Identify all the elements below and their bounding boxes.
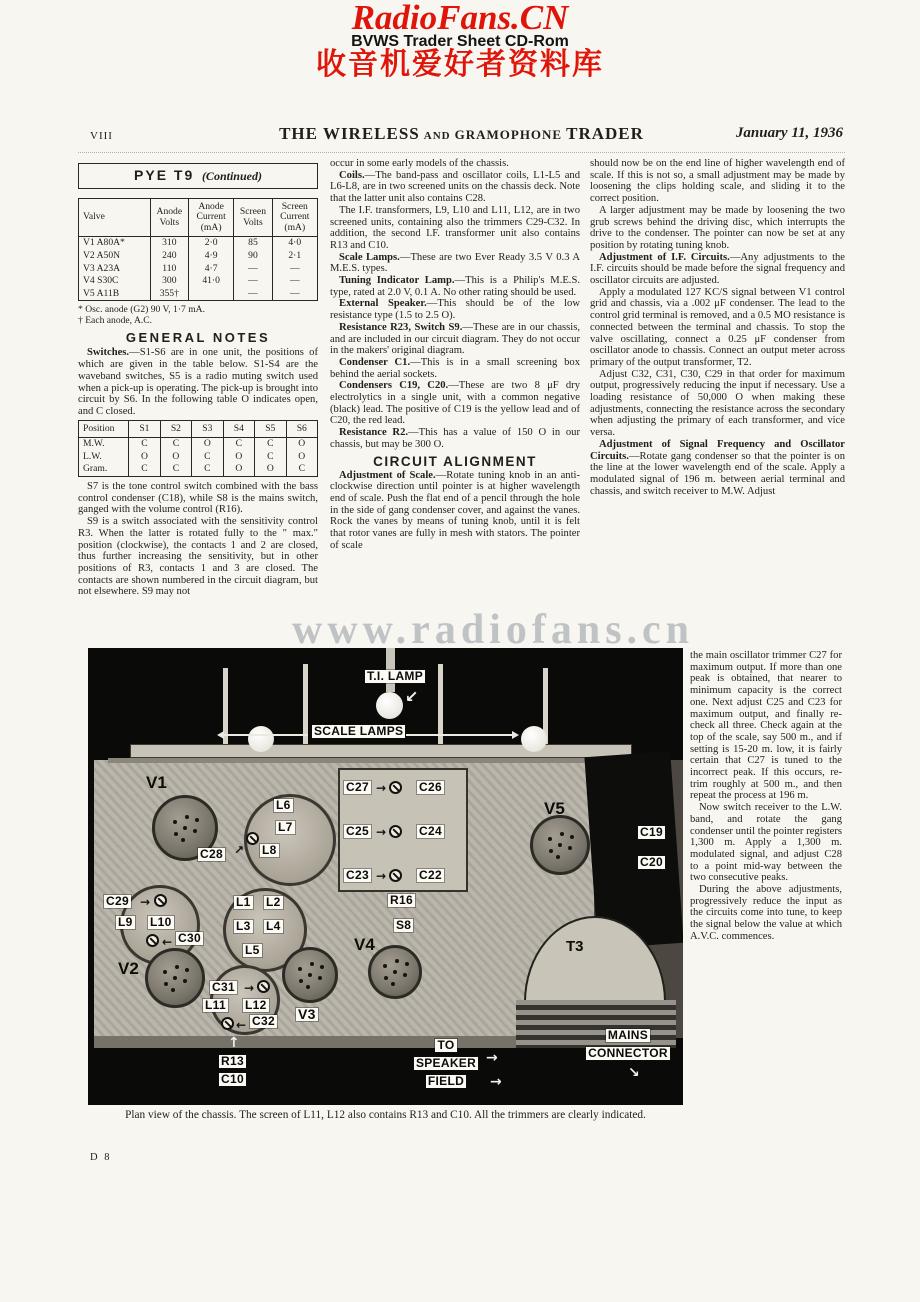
paragraph: Now switch receiver to the L.W. band, an… (690, 802, 842, 884)
paragraph: Scale Lamps.—These are two Ever Ready 3.… (330, 252, 580, 275)
table-footnote: † Each anode, A.C. (78, 315, 318, 326)
scale-lamp-right (521, 726, 547, 752)
paragraph: Adjust C32, C31, C30, C29 in that order … (590, 369, 845, 439)
c29-label: C29 (104, 895, 131, 908)
l12-label: L12 (243, 999, 269, 1012)
arrow-line-left (224, 734, 308, 736)
table-row: V4 S30C30041·0—— (79, 275, 318, 288)
table-row: L.W.OOCOCO (79, 451, 318, 464)
paragraph: S7 is the tone control switch combined w… (78, 481, 318, 516)
trimmer-c31 (257, 980, 270, 993)
arrow-head-left-icon (217, 731, 224, 739)
trimmer-c29 (154, 894, 167, 907)
column-header: S5 (255, 420, 286, 438)
c19-label: C19 (638, 826, 665, 839)
right-column: should now be on the end line of higher … (590, 158, 845, 497)
column-header: S2 (160, 420, 191, 438)
table-header-row: Valve Anode Volts Anode Current (mA) Scr… (79, 198, 318, 237)
scan-overlay: RadioFans.CN BVWS Trader Sheet CD-Rom 收音… (0, 0, 920, 81)
dial-rod (438, 664, 443, 744)
arrow-up-icon: ↑ (228, 1036, 240, 1050)
journal-title-part: GRAMOPHONE (455, 127, 563, 142)
coil-l8-label: L8 (260, 844, 279, 857)
paragraph: occur in some early models of the chassi… (330, 158, 580, 170)
chinese-archive-text: 收音机爱好者资料库 (0, 49, 920, 81)
valve-v1-label: V1 (146, 774, 167, 791)
table-row: V2 A50N2404·9902·1 (79, 250, 318, 263)
table-row: V3 A23A1104·7—— (79, 263, 318, 276)
valve-v3-label: V3 (296, 1008, 318, 1021)
arrow-right-icon: → (244, 982, 254, 994)
coil-l7-label: L7 (276, 821, 295, 834)
column-header: S1 (129, 420, 160, 438)
connector-label: CONNECTOR (586, 1047, 670, 1060)
arrow-right-icon: → (376, 870, 386, 882)
general-notes-heading: GENERAL NOTES (78, 330, 318, 345)
arrow-down-left-icon: ↙ (405, 690, 418, 704)
l11-label: L11 (203, 999, 228, 1012)
c23-label: C23 (344, 869, 371, 882)
arrow-head-right-icon (512, 731, 519, 739)
l9-label: L9 (116, 916, 135, 929)
paragraph: Resistance R23, Switch S9.—These are in … (330, 322, 580, 357)
paragraph: Condensers C19, C20.—These are two 8 μF … (330, 380, 580, 427)
c22-label: C22 (417, 869, 444, 882)
model-continued-box: PYE T9 (Continued) (78, 163, 318, 189)
speaker-field-label-group: TO SPEAKER FIELD (410, 1036, 482, 1090)
column-header: Anode Volts (150, 198, 188, 237)
trimmer-c28 (246, 832, 259, 845)
circuit-alignment-heading: CIRCUIT ALIGNMENT (330, 454, 580, 469)
scale-bar (108, 758, 656, 763)
valve-v5 (530, 815, 590, 875)
arrow-right-icon: → (376, 782, 386, 794)
paragraph: Adjustment of I.F. Circuits.—Any adjustm… (590, 252, 845, 287)
s8-label: S8 (394, 919, 413, 932)
c31-label: C31 (210, 981, 237, 994)
left-column: PYE T9 (Continued) Valve Anode Volts Ano… (78, 163, 318, 598)
right-column-narrow: the main oscillator trimmer C27 for maxi… (690, 650, 842, 943)
arrow-right-icon: → (490, 1075, 502, 1089)
journal-title-part: TRADER (566, 124, 644, 143)
r13-c10-label-group: R13 C10 (219, 1052, 246, 1088)
c28-label: C28 (198, 848, 225, 861)
valve-v2 (145, 948, 205, 1008)
table-row: V5 A11B355†—— (79, 288, 318, 301)
arrow-up-right-icon: ↗ (234, 844, 244, 856)
switch-position-table: Position S1 S2 S3 S4 S5 S6 M.W.CCOCCO L.… (78, 420, 318, 477)
column-header: S6 (286, 420, 317, 438)
page-header: VIII THE WIRELESS AND GRAMOPHONE TRADER … (78, 122, 845, 153)
model-title: PYE T9 (134, 167, 194, 183)
paragraph: Switches.—S1-S6 are in one unit, the pos… (78, 347, 318, 417)
arrow-left-icon: ← (162, 936, 172, 948)
paragraph-lead: Switches. (87, 347, 129, 358)
paragraph: S9 is a switch associated with the sensi… (78, 516, 318, 598)
c27-label: C27 (344, 781, 371, 794)
r13-label: R13 (219, 1055, 246, 1068)
l4-label: L4 (264, 920, 283, 933)
table-row: M.W.CCOCCO (79, 438, 318, 451)
paragraph: Condenser C1.—This is in a small screeni… (330, 357, 580, 380)
c10-label: C10 (219, 1073, 246, 1086)
valve-v4 (368, 945, 422, 999)
arrow-right-icon: → (140, 896, 150, 908)
paragraph: Tuning Indicator Lamp.—This is a Philip'… (330, 275, 580, 298)
photo-caption: Plan view of the chassis. The screen of … (88, 1108, 683, 1122)
arrow-line-right (406, 734, 512, 736)
chassis-photo: T.I. LAMP ↙ SCALE LAMPS V1 L6 L7 L8 C28 … (88, 648, 683, 1105)
c20-label: C20 (638, 856, 665, 869)
middle-column: occur in some early models of the chassi… (330, 158, 580, 552)
paragraph: A larger adjustment may be made by loose… (590, 205, 845, 252)
mains-connector-label-group: MAINS CONNECTOR (576, 1026, 680, 1062)
paragraph: During the above adjustments, progressiv… (690, 884, 842, 943)
table-row: Gram.CCCOOC (79, 463, 318, 476)
radiofans-logo-text: RadioFans.CN (0, 0, 920, 36)
column-header: Valve (79, 198, 151, 237)
valve-table: Valve Anode Volts Anode Current (mA) Scr… (78, 198, 318, 302)
r16-label: R16 (388, 894, 415, 907)
arrow-left-icon: ← (236, 1019, 246, 1031)
to-label: TO (435, 1039, 456, 1052)
model-title-suffix: (Continued) (202, 169, 262, 183)
valve-v3 (282, 947, 338, 1003)
l10-label: L10 (148, 916, 174, 929)
valve-v2-label: V2 (118, 960, 139, 977)
scale-lamps-label: SCALE LAMPS (312, 725, 405, 738)
switch-table-wrap: Position S1 S2 S3 S4 S5 S6 M.W.CCOCCO L.… (78, 420, 318, 477)
l1-label: L1 (234, 896, 253, 909)
coil-l6-label: L6 (274, 799, 293, 812)
table-row: V1 A80A*3102·0854·0 (79, 237, 318, 250)
c32-label: C32 (250, 1015, 277, 1028)
l5-label: L5 (243, 944, 262, 957)
paragraph: Adjustment of Signal Frequency and Oscil… (590, 439, 845, 498)
paragraph: Resistance R2.—This has a value of 150 O… (330, 427, 580, 450)
trimmer-c32 (221, 1017, 234, 1030)
watermark-text: www.radiofans.cn (292, 608, 694, 652)
arrow-right-icon: → (376, 826, 386, 838)
c30-label: C30 (176, 932, 203, 945)
trimmer-c23 (389, 869, 402, 882)
ti-lamp-label: T.I. LAMP (365, 670, 425, 683)
column-header: Screen Volts (234, 198, 272, 237)
dial-rod (303, 664, 308, 744)
paragraph: should now be on the end line of higher … (590, 158, 845, 205)
issue-date: January 11, 1936 (736, 125, 843, 141)
trimmer-c25 (389, 825, 402, 838)
arrow-down-right-icon: ↘ (628, 1066, 640, 1080)
journal-title-part: THE WIRELESS (279, 124, 420, 143)
printers-mark: D 8 (90, 1152, 111, 1163)
table-header-row: Position S1 S2 S3 S4 S5 S6 (79, 420, 318, 438)
journal-title-part: AND (424, 130, 451, 142)
column-header: Screen Current (mA) (272, 198, 317, 237)
paragraph: Adjustment of Scale.—Rotate tuning knob … (330, 470, 580, 552)
scale-lamp-left (248, 726, 274, 752)
scale-lamp-bar (130, 744, 632, 758)
trimmer-c30 (146, 934, 159, 947)
column-header: Position (79, 420, 129, 438)
l2-label: L2 (264, 896, 283, 909)
table-footnote: * Osc. anode (G2) 90 V, 1·7 mA. (78, 304, 318, 315)
speaker-label: SPEAKER (414, 1057, 478, 1070)
column-header: Anode Current (mA) (188, 198, 233, 237)
field-label: FIELD (426, 1075, 466, 1088)
valve-v4-label: V4 (354, 936, 375, 953)
scanned-trade-sheet-page: RadioFans.CN BVWS Trader Sheet CD-Rom 收音… (0, 0, 920, 1302)
paragraph: Coils.—The band-pass and oscillator coil… (330, 170, 580, 205)
paragraph: the main oscillator trimmer C27 for maxi… (690, 650, 842, 802)
valve-table-wrap: Valve Anode Volts Anode Current (mA) Scr… (78, 198, 318, 327)
paragraph: Apply a modulated 127 KC/S signal betwee… (590, 287, 845, 369)
l3-label: L3 (234, 920, 253, 933)
journal-title: THE WIRELESS AND GRAMOPHONE TRADER (78, 124, 845, 144)
paragraph: External Speaker.—This should be of the … (330, 298, 580, 321)
c26-label: C26 (417, 781, 444, 794)
c24-label: C24 (417, 825, 444, 838)
tuning-indicator-lamp (376, 692, 403, 719)
t3-label: T3 (566, 938, 584, 955)
mains-label: MAINS (606, 1029, 650, 1042)
arrow-right-icon: → (486, 1051, 498, 1065)
column-header: S4 (223, 420, 254, 438)
column-header: S3 (192, 420, 223, 438)
c25-label: C25 (344, 825, 371, 838)
paragraph: The I.F. transformers, L9, L10 and L11, … (330, 205, 580, 252)
trimmer-c27 (389, 781, 402, 794)
